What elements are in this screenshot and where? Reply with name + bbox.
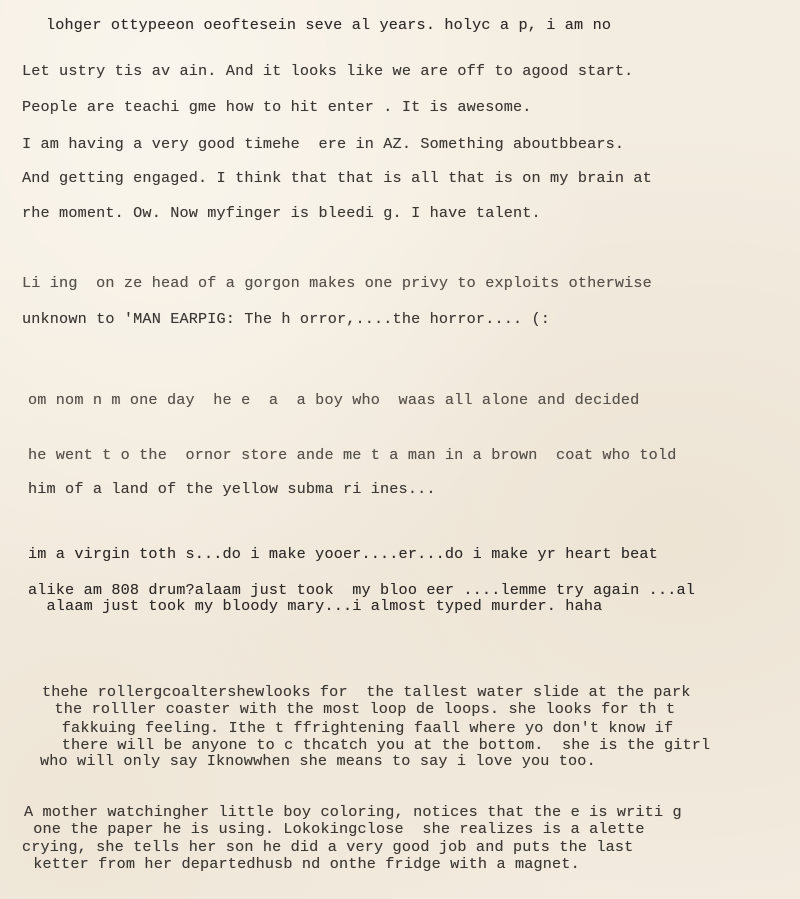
text-line: him of a land of the yellow subma ri ine… [28,480,436,498]
text-line: crying, she tells her son he did a very … [22,838,633,856]
text-line: ketter from her departedhusb nd onthe fr… [24,855,580,873]
text-line: im a virgin toth s...do i make yooer....… [28,545,658,563]
text-line: rhe moment. Ow. Now myfinger is bleedi g… [22,204,541,222]
text-line: Li ing on ze head of a gorgon makes one … [22,274,652,292]
text-line: he went t o the ornor store ande me t a … [28,446,676,464]
text-line: one the paper he is using. Lokokingclose… [24,820,645,838]
text-line: And getting engaged. I think that that i… [22,169,652,187]
text-line: alaam just took my bloody mary...i almos… [28,597,602,615]
text-line: unknown to 'MAN EARPIG: The h orror,....… [22,310,550,328]
text-line: thehe rollergcoaltershewlooks for the ta… [42,683,690,701]
text-line: I am having a very good timehe ere in AZ… [22,135,624,153]
text-line: fakkuing feeling. Ithe t ffrightening fa… [34,719,673,737]
text-line: the rolller coaster with the most loop d… [36,700,675,718]
text-line: A mother watchingher little boy coloring… [24,803,682,821]
text-line: People are teachi gme how to hit enter .… [22,98,532,116]
text-line: Let ustry tis av ain. And it looks like … [22,62,633,80]
typewritten-page: lohger ottypeeon oeoftesein seve al year… [0,0,800,899]
text-line: om nom n m one day he e a a boy who waas… [28,391,639,409]
text-line: who will only say Iknowwhen she means to… [40,752,596,770]
text-line: lohger ottypeeon oeoftesein seve al year… [46,16,611,34]
